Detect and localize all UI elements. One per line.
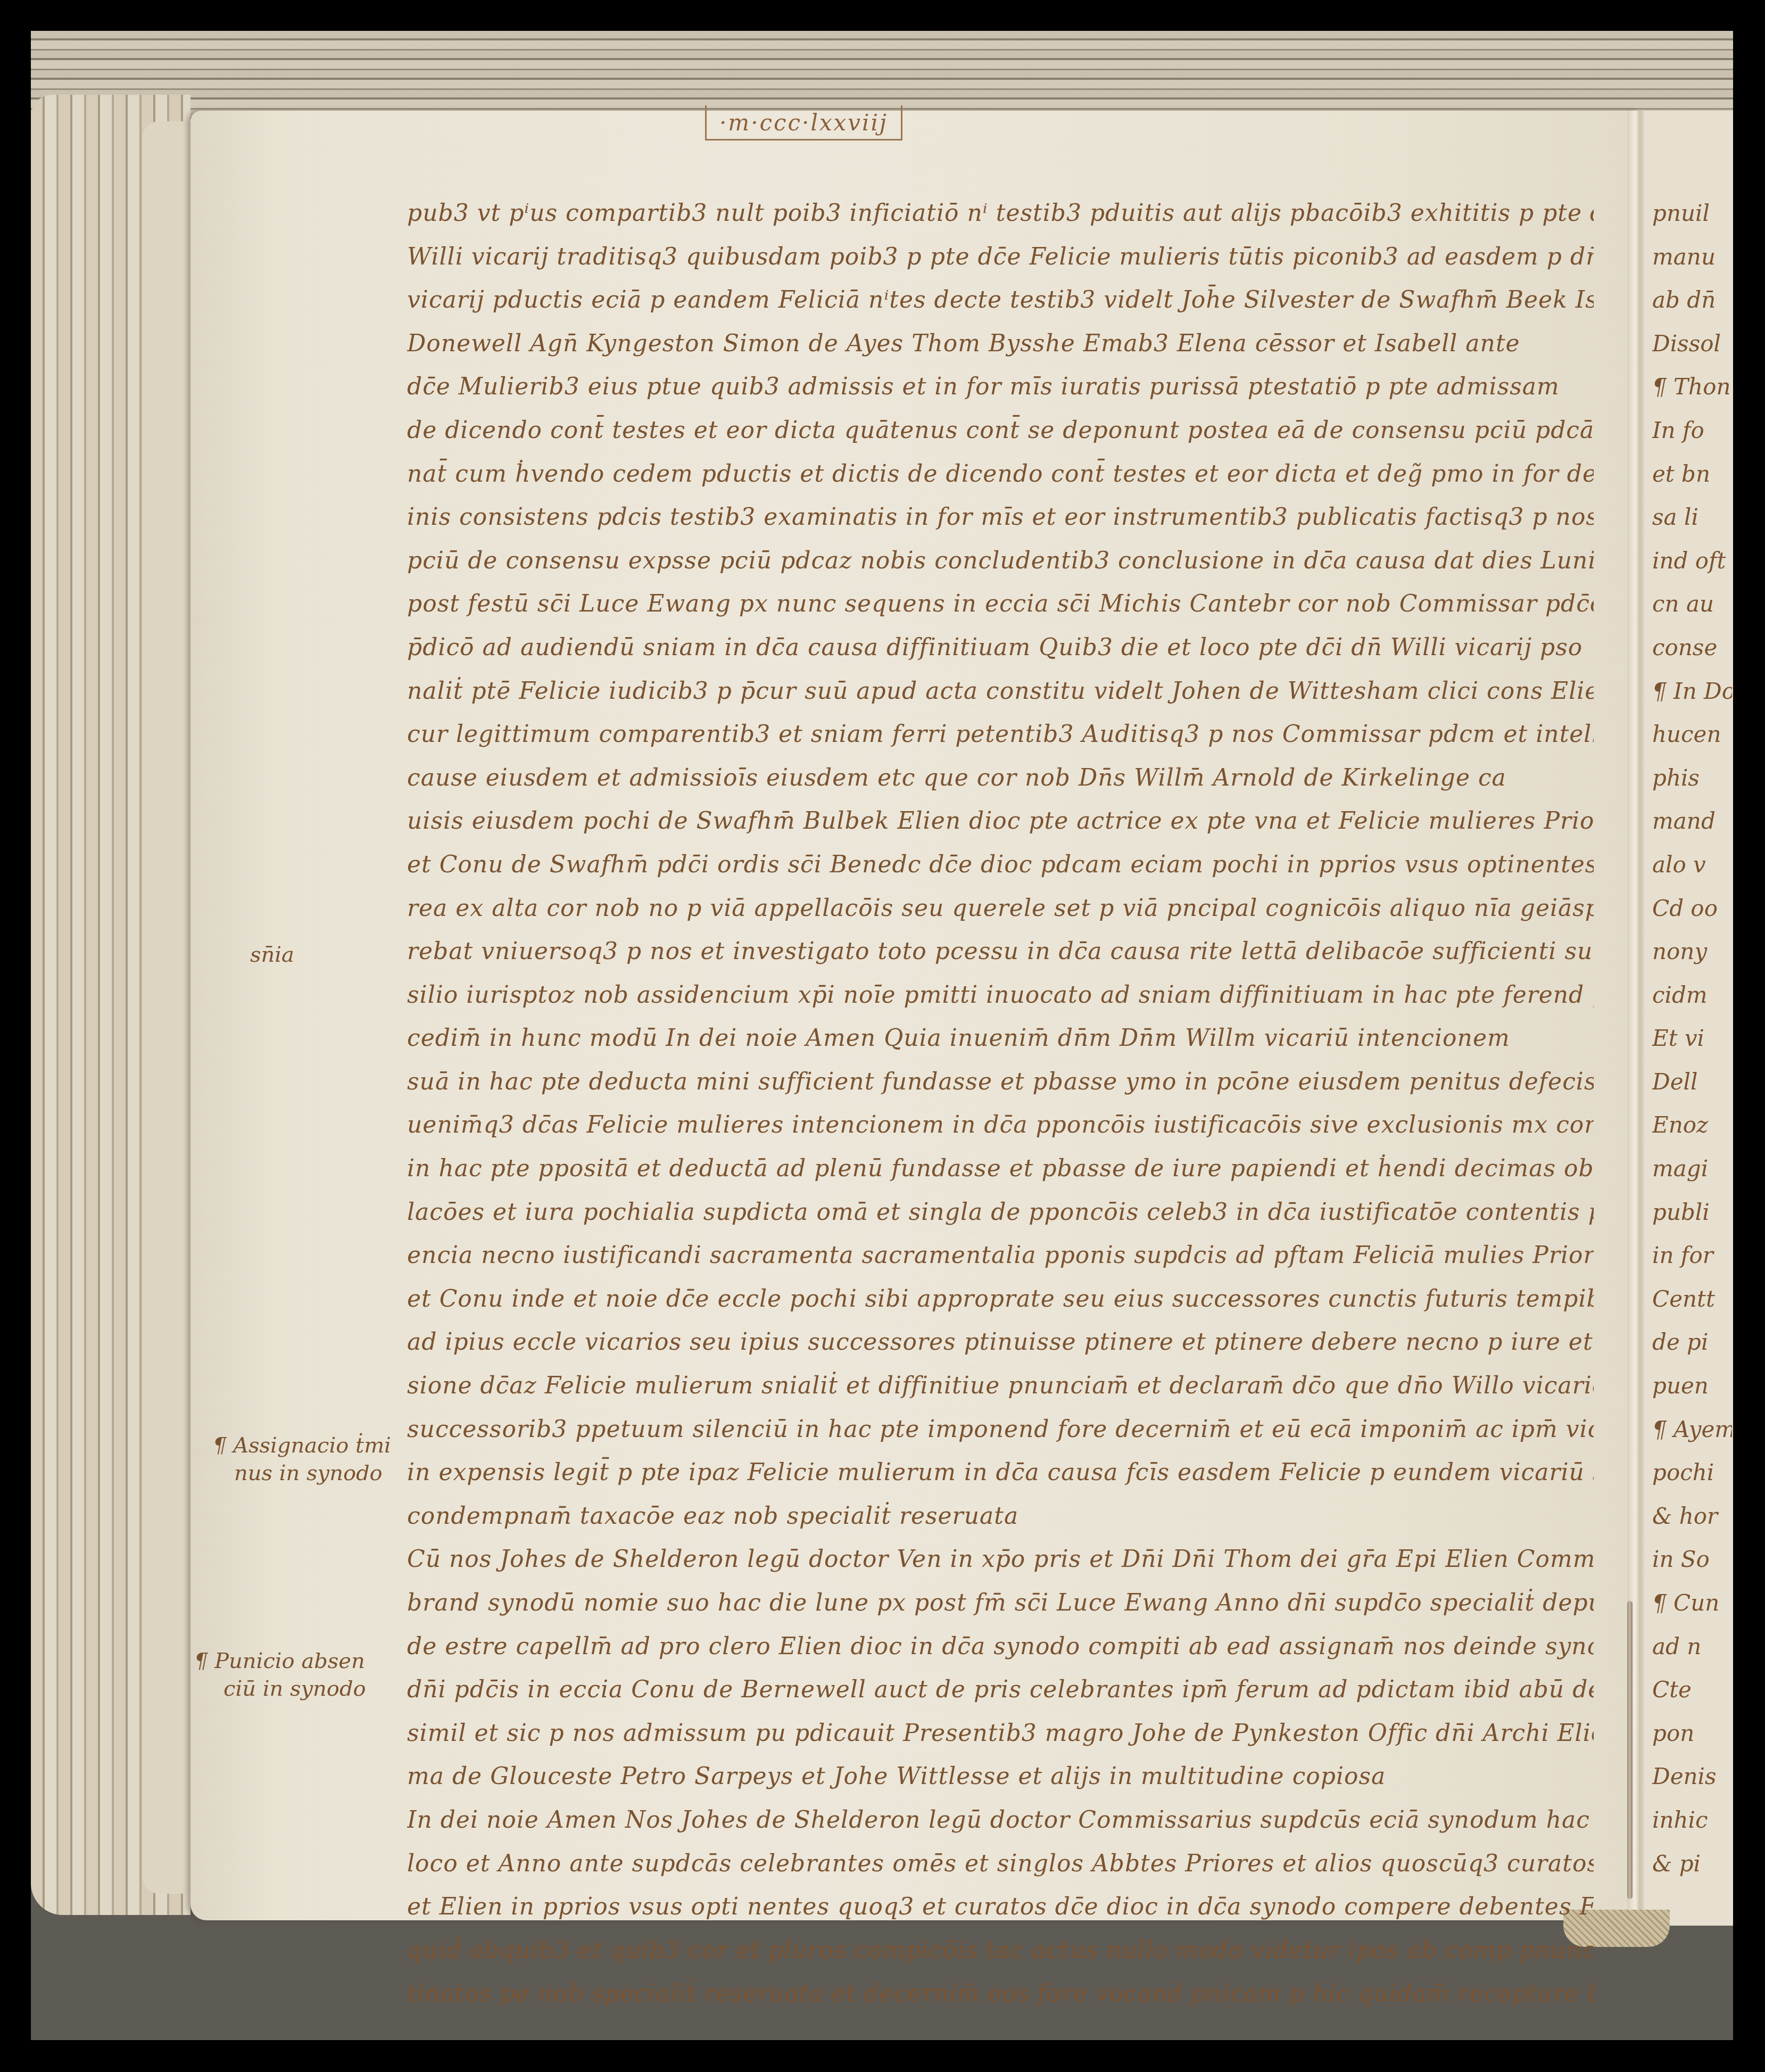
text-line: naliṫ ptē Felicie iudicib3 p p̄cur suū a… [407, 670, 1594, 713]
text-line: tinatos pe nob specialiṫ reseruata et de… [407, 1972, 1594, 2016]
text-line: lacōes et iura pochialia supdicta omā et… [407, 1191, 1594, 1234]
text-line: ad ipius eccle vicarios seu ipius succes… [407, 1320, 1594, 1364]
text-line: in expensis legit̄ p pte ipaz Felicie mu… [407, 1451, 1594, 1495]
facing-fragment: ad n [1652, 1625, 1732, 1669]
facing-fragment: Dell [1652, 1060, 1732, 1104]
facing-fragment: pon [1652, 1712, 1732, 1755]
folio-number: ·m·ccc·lxxviij [705, 105, 902, 141]
text-line: uenim̄q3 dc̄as Felicie mulieres intencio… [407, 1103, 1594, 1147]
text-line: post festū sc̄i Luce Ewang px nunc seque… [407, 582, 1594, 626]
text-line: p̄dicō ad audiendū sniam in dc̄a causa d… [407, 626, 1594, 670]
text-line: uisis eiusdem pochi de Swafhm̄ Bulbek El… [407, 799, 1594, 843]
text-line: sione dc̄az Felicie mulierum snialiṫ et … [407, 1364, 1594, 1408]
text-line: encia necno iustificandi sacramenta sacr… [407, 1234, 1594, 1277]
text-line: pub3 vt pⁱus compartib3 nult poib3 infic… [407, 192, 1594, 235]
facing-fragment: hucen [1652, 713, 1732, 756]
text-line: brand synodū nomie suo hac die lune px p… [407, 1581, 1594, 1625]
text-line: de dicendo cont̄ testes et eor dicta quā… [407, 409, 1594, 452]
text-line: cedim̄ in hunc modū In dei noie Amen Qui… [407, 1017, 1594, 1060]
text-line: loco et Anno ante supdcās celebrantes om… [407, 1842, 1594, 1886]
facing-fragment: pochi [1652, 1451, 1732, 1495]
facing-fragment: nony [1652, 930, 1732, 973]
text-line: inis consistens pdcis testib3 examinatis… [407, 496, 1594, 539]
margin-note-punicio: ¶ Punicio absen ciū in synodo [194, 1647, 366, 1703]
facing-fragment: ¶ Cun [1652, 1581, 1732, 1625]
text-line: cause eiusdem et admissioīs eiusdem etc … [407, 756, 1594, 800]
text-line: Donewell Agn̄ Kyngeston Simon de Ayes Th… [407, 322, 1594, 366]
text-line: simil et sic p nos admissum pu pdicauit … [407, 1712, 1594, 1755]
facing-fragment: publi [1652, 1191, 1732, 1234]
facing-fragment: magi [1652, 1147, 1732, 1191]
text-line: Willi vicarij traditisq3 quibusdam poib3… [407, 235, 1594, 279]
facing-fragment: pnuil [1652, 192, 1732, 235]
facing-fragment: puen [1652, 1364, 1732, 1408]
facing-fragment: & pi [1652, 1842, 1732, 1886]
facing-fragment: Cte [1652, 1668, 1732, 1712]
margin-note-assignacio: ¶ Assignacio ṫmi nus in synodo [213, 1432, 391, 1487]
facing-fragment: in So [1652, 1538, 1732, 1581]
facing-fragment: ¶ In Do [1652, 670, 1732, 713]
text-line: et Elien in pprios vsus opti nentes quoq… [407, 1885, 1594, 1929]
facing-fragment: Centt [1652, 1277, 1732, 1321]
text-line: de estre capellm̄ ad pro clero Elien dio… [407, 1625, 1594, 1669]
facing-page-text: pnuil manu ab dn̄ Dissol ¶ Thon In fo et… [1652, 192, 1732, 1885]
text-line: cur legittimum comparentib3 et sniam fer… [407, 713, 1594, 756]
text-line: In dei noie Amen Nos Johes de Shelderon … [407, 1798, 1594, 1842]
facing-fragment: mand [1652, 799, 1732, 843]
facing-fragment: de pi [1652, 1320, 1732, 1364]
text-line: rebat vniuersoq3 p nos et investigato to… [407, 930, 1594, 973]
text-line: Cū nos Johes de Shelderon legū doctor Ve… [407, 1538, 1594, 1581]
main-text-block: pub3 vt pⁱus compartib3 nult poib3 infic… [407, 192, 1594, 2016]
text-line: pciū de consensu expsse pciū pdcaz nobis… [407, 539, 1594, 583]
text-line: condempnam̄ taxacōe eaz nob specialiṫ re… [407, 1495, 1594, 1538]
facing-fragment: ind oft [1652, 539, 1732, 583]
text-line: silio iurisptoz nob assidencium xp̄i noī… [407, 973, 1594, 1017]
facing-fragment: Cd oo [1652, 887, 1732, 930]
binding-thread [1627, 1601, 1633, 1899]
facing-fragment: In fo [1652, 409, 1732, 452]
facing-fragment: Denis [1652, 1755, 1732, 1798]
facing-fragment: conse [1652, 626, 1732, 670]
facing-fragment: ¶ Ayem [1652, 1408, 1732, 1451]
text-line: quiḋ abquib3 et quib3 cor et pluros comp… [407, 1929, 1594, 1972]
text-line: ma de Glouceste Petro Sarpeys et Johe Wi… [407, 1755, 1594, 1798]
facing-fragment: et bn [1652, 452, 1732, 496]
facing-fragment: manu [1652, 235, 1732, 279]
text-line: nat̄ cum ḣvendo cedem pductis et dictis … [407, 452, 1594, 496]
facing-fragment: in for [1652, 1234, 1732, 1277]
text-line: vicarij pductis eciā p eandem Feliciā nⁱ… [407, 278, 1594, 322]
facing-fragment: Dissol [1652, 322, 1732, 366]
facing-fragment: cidm [1652, 973, 1732, 1017]
text-line: et Conu inde et noie dc̄e eccle pochi si… [407, 1277, 1594, 1321]
facing-fragment: sa li [1652, 496, 1732, 539]
facing-fragment: Enoz [1652, 1103, 1732, 1147]
facing-fragment: ¶ Thon [1652, 365, 1732, 409]
facing-fragment: & hor [1652, 1495, 1732, 1538]
text-line: successorib3 ppetuum silenciū in hac pte… [407, 1408, 1594, 1451]
margin-note-sentencia: sn̄ia [250, 941, 294, 969]
facing-fragment: alo v [1652, 843, 1732, 887]
text-line: et Conu de Swafhm̄ pdc̄i ordis sc̄i Bene… [407, 843, 1594, 887]
text-line: suā in hac pte deducta mini sufficient f… [407, 1060, 1594, 1104]
text-line: rea ex alta cor nob no p viā appellacōis… [407, 887, 1594, 930]
facing-fragment: phis [1652, 756, 1732, 800]
facing-fragment: Et vi [1652, 1017, 1732, 1060]
text-line: in hac pte ppositā et deductā ad plenū f… [407, 1147, 1594, 1191]
text-line: dc̄e Mulierib3 eius ptue quib3 admissis … [407, 365, 1594, 409]
text-line: dn̄i pdc̄is in eccia Conu de Bernewell a… [407, 1668, 1594, 1712]
facing-fragment: inhic [1652, 1798, 1732, 1842]
facing-fragment: cn au [1652, 582, 1732, 626]
facing-fragment: ab dn̄ [1652, 278, 1732, 322]
